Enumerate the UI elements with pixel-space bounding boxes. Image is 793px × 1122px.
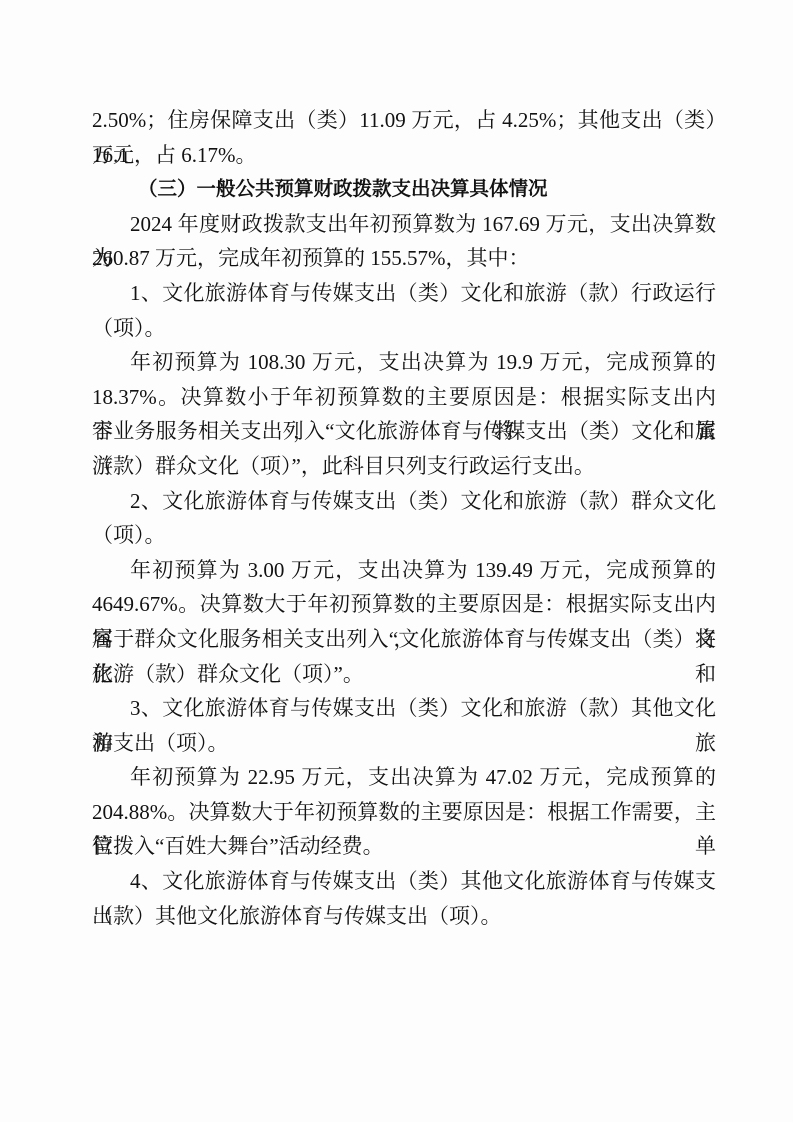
text-line: （款）群众文化（项）”，此科目只列支行政运行支出。	[92, 449, 716, 484]
paragraph: 1、文化旅游体育与传媒支出（类）文化和旅游（款）行政运行 （项）。	[92, 276, 716, 345]
text-line: 204.88%。决算数大于年初预算数的主要原因是：根据工作需要，主管单	[92, 795, 716, 830]
paragraph: 年初预算为 3.00 万元，支出决算为 139.49 万元，完成预算的 4649…	[92, 553, 716, 691]
paragraph: （三）一般公共预算财政拨款支出决算具体情况	[92, 172, 716, 207]
text-line: 属于群众文化服务相关支出列入“文化旅游体育与传媒支出（类）文化和	[92, 622, 716, 657]
document-page: 2.50%；住房保障支出（类）11.09 万元，占 4.25%；其他支出（类）1…	[0, 0, 793, 1122]
text-line: 3、文化旅游体育与传媒支出（类）文化和旅游（款）其他文化和旅	[92, 691, 716, 726]
text-line: 年初预算为 22.95 万元，支出决算为 47.02 万元，完成预算的	[92, 760, 716, 795]
text-line: 260.87 万元，完成年初预算的 155.57%，其中：	[92, 241, 716, 276]
paragraph: 年初预算为 22.95 万元，支出决算为 47.02 万元，完成预算的 204.…	[92, 760, 716, 864]
paragraph: 4、文化旅游体育与传媒支出（类）其他文化旅游体育与传媒支出 （款）其他文化旅游体…	[92, 864, 716, 933]
text-line: 于业务服务相关支出列入“文化旅游体育与传媒支出（类）文化和旅游	[92, 414, 716, 449]
text-line: 4、文化旅游体育与传媒支出（类）其他文化旅游体育与传媒支出	[92, 864, 716, 899]
text-line: 1、文化旅游体育与传媒支出（类）文化和旅游（款）行政运行	[92, 276, 716, 311]
document-content: 2.50%；住房保障支出（类）11.09 万元，占 4.25%；其他支出（类）1…	[92, 103, 716, 933]
paragraph: 2、文化旅游体育与传媒支出（类）文化和旅游（款）群众文化 （项）。	[92, 484, 716, 553]
text-line: 2024 年度财政拨款支出年初预算数为 167.69 万元，支出决算数为	[92, 207, 716, 242]
text-line: 18.37%。决算数小于年初预算数的主要原因是：根据实际支出内容，将属	[92, 380, 716, 415]
text-line: 2.50%；住房保障支出（类）11.09 万元，占 4.25%；其他支出（类）1…	[92, 103, 716, 138]
text-line: 年初预算为 3.00 万元，支出决算为 139.49 万元，完成预算的	[92, 553, 716, 588]
paragraph: 2.50%；住房保障支出（类）11.09 万元，占 4.25%；其他支出（类）1…	[92, 103, 716, 172]
text-line: （项）。	[92, 311, 716, 346]
section-heading: （三）一般公共预算财政拨款支出决算具体情况	[92, 172, 716, 207]
text-line: 2、文化旅游体育与传媒支出（类）文化和旅游（款）群众文化	[92, 484, 716, 519]
text-line: 年初预算为 108.30 万元，支出决算为 19.9 万元，完成预算的	[92, 345, 716, 380]
text-line: （项）。	[92, 518, 716, 553]
text-line: 4649.67%。决算数大于年初预算数的主要原因是：根据实际支出内容，将	[92, 587, 716, 622]
paragraph: 2024 年度财政拨款支出年初预算数为 167.69 万元，支出决算数为 260…	[92, 207, 716, 276]
paragraph: 3、文化旅游体育与传媒支出（类）文化和旅游（款）其他文化和旅 游支出（项）。	[92, 691, 716, 760]
text-line: （款）其他文化旅游体育与传媒支出（项）。	[92, 899, 716, 934]
paragraph: 年初预算为 108.30 万元，支出决算为 19.9 万元，完成预算的 18.3…	[92, 345, 716, 483]
text-line: 万元，占 6.17%。	[92, 138, 716, 173]
